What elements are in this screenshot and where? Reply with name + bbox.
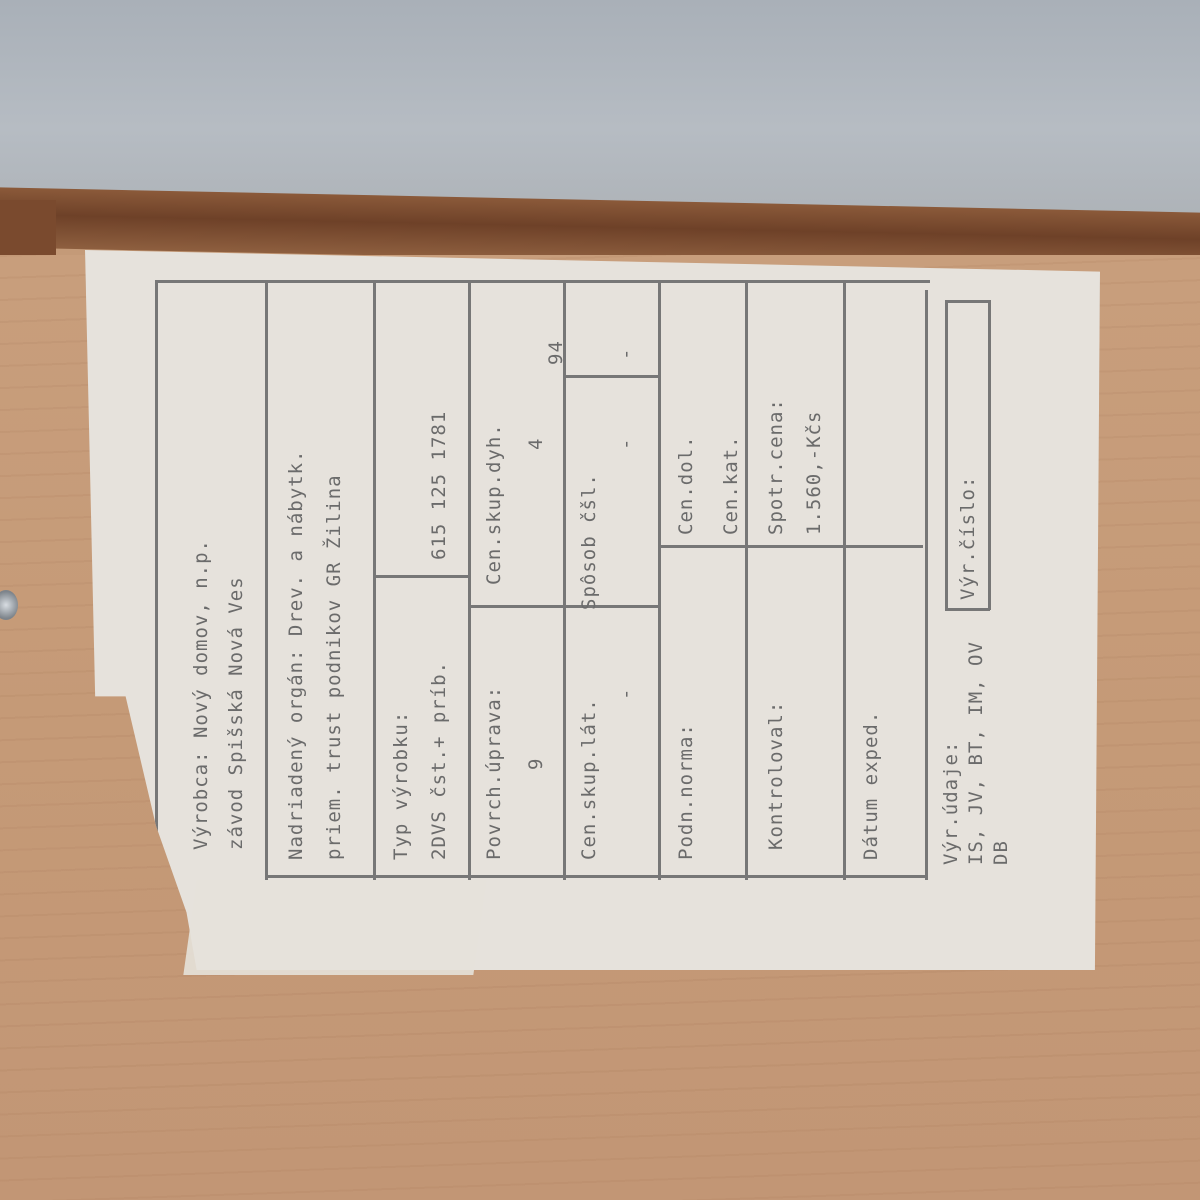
prod-data-line2: IS, JV, BT, IM, OV bbox=[965, 641, 987, 865]
prod-data-line3: DB bbox=[990, 840, 1012, 865]
prod-number-label: Výr.číslo: bbox=[957, 476, 979, 600]
fabric-group-value: - bbox=[615, 688, 637, 700]
grid-line bbox=[563, 375, 658, 378]
grid-line bbox=[563, 280, 566, 880]
type-label: Typ výrobku: bbox=[390, 711, 412, 860]
grid-line bbox=[468, 605, 658, 608]
grid-line bbox=[988, 300, 991, 610]
grid-line bbox=[945, 300, 990, 303]
price-part-label: Cen.dol. bbox=[675, 435, 697, 535]
retail-value: 1.560,-Kčs bbox=[803, 411, 825, 535]
grid-line bbox=[925, 290, 928, 880]
grid-line bbox=[658, 545, 923, 548]
grid-line bbox=[745, 280, 748, 880]
date-label: Dátum exped. bbox=[860, 711, 882, 860]
paper-label: Výrobca: Nový domov, n.p. závod Spišská … bbox=[85, 250, 1100, 970]
torn-paper-corner bbox=[183, 880, 486, 975]
type-value: 2DVS čst.+ príb. bbox=[428, 661, 450, 860]
norm-label: Podn.norma: bbox=[675, 723, 697, 860]
grid-line bbox=[658, 280, 661, 880]
grid-line bbox=[468, 280, 471, 880]
price-group-value2: 94 bbox=[545, 340, 567, 365]
price-group-value: 4 bbox=[525, 438, 547, 450]
grid-line bbox=[945, 608, 990, 611]
code-value: 615 125 1781 bbox=[428, 411, 450, 560]
producer-line1: Výrobca: Nový domov, n.p. bbox=[190, 539, 212, 850]
grid-line bbox=[265, 875, 925, 878]
grid-line bbox=[373, 280, 376, 880]
retail-label: Spotr.cena: bbox=[765, 398, 787, 535]
method-label: Spôsob čšl. bbox=[578, 473, 600, 610]
surface-value: 9 bbox=[525, 758, 547, 770]
controlled-label: Kontroloval: bbox=[765, 701, 787, 850]
price-group-label: Cen.skup.dyh. bbox=[483, 423, 505, 585]
grid-line bbox=[843, 280, 846, 880]
authority-line2: priem. trust podnikov GR Žilina bbox=[323, 474, 345, 860]
grid-line bbox=[373, 575, 468, 578]
prod-data-line1: Výr.údaje: bbox=[940, 741, 962, 865]
authority-line1: Nadriadený orgán: Drev. a nábytk. bbox=[285, 450, 307, 861]
surface-label: Povrch.úprava: bbox=[483, 686, 505, 860]
method-value: - bbox=[615, 438, 637, 450]
grid-line bbox=[945, 300, 948, 610]
grid-line bbox=[265, 280, 268, 880]
grid-line bbox=[155, 280, 930, 283]
wall-background bbox=[0, 0, 1200, 215]
fabric-group-label: Cen.skup.lát. bbox=[578, 698, 600, 860]
price-cat-label: Cen.kat. bbox=[720, 435, 742, 535]
grid-line bbox=[155, 280, 158, 880]
producer-line2: závod Spišská Nová Ves bbox=[225, 576, 247, 850]
method-value2: - bbox=[615, 348, 637, 360]
